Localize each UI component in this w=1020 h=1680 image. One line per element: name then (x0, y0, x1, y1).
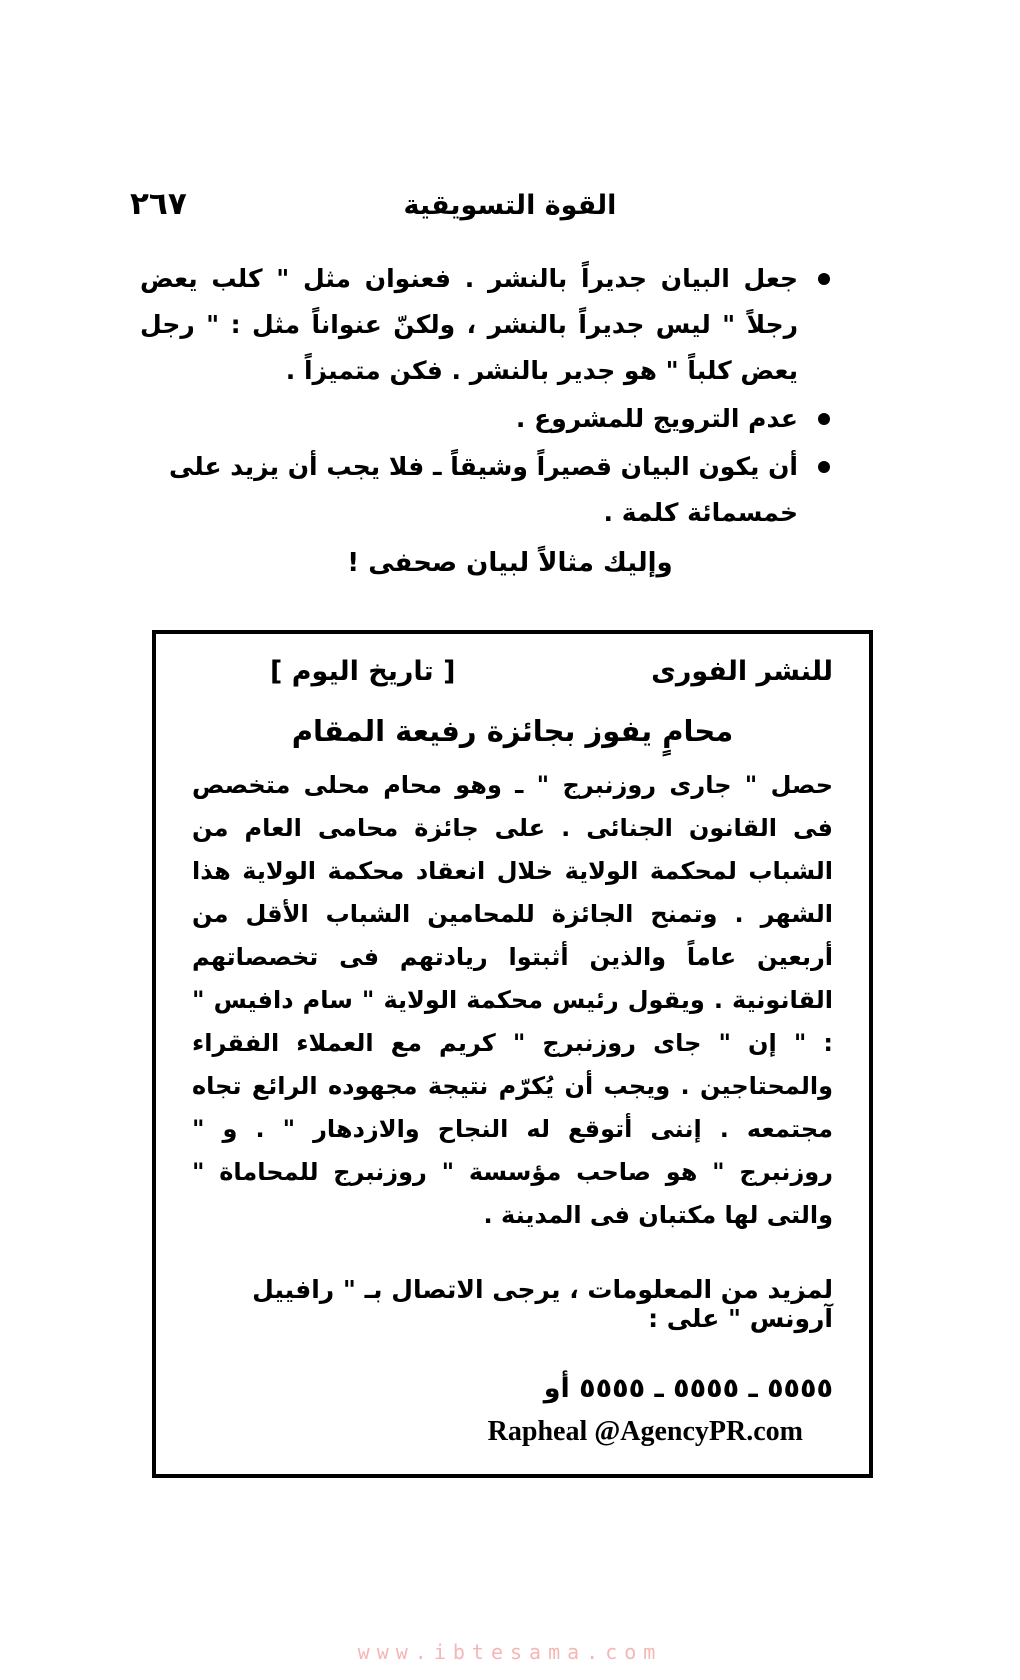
book-page: ٢٦٧ القوة التسويقية جعل البيان جديراً با… (0, 0, 1020, 1680)
bullet-marker-icon (818, 461, 830, 473)
bullet-item: جعل البيان جديراً بالنشر . فعنوان مثل " … (140, 256, 830, 394)
intro-line: وإليك مثالاً لبيان صحفى ! (0, 548, 1020, 578)
phone-number: ٥٥٥٥ ـ ٥٥٥٥ ـ ٥٥٥٥ أو (192, 1373, 833, 1404)
chapter-title: القوة التسويقية (0, 190, 1020, 221)
press-release-header: للنشر الفورى [ تاريخ اليوم ] (192, 656, 833, 698)
date-placeholder: [ تاريخ اليوم ] (270, 656, 455, 687)
contact-line: لمزيد من المعلومات ، يرجى الاتصال بـ " ر… (192, 1275, 833, 1333)
bullet-text: أن يكون البيان قصيراً وشيقاً ـ فلا يجب أ… (140, 444, 798, 536)
press-release-box: للنشر الفورى [ تاريخ اليوم ] محامٍ يفوز … (152, 630, 873, 1478)
bullet-marker-icon (818, 413, 830, 425)
bullet-item: عدم الترويج للمشروع . (140, 396, 830, 442)
bullet-item: أن يكون البيان قصيراً وشيقاً ـ فلا يجب أ… (140, 444, 830, 536)
press-headline: محامٍ يفوز بجائزة رفيعة المقام (192, 714, 833, 748)
bullet-text: جعل البيان جديراً بالنشر . فعنوان مثل " … (140, 256, 798, 394)
press-body-paragraph: حصل " جارى روزنبرج " ـ وهو محام محلى متخ… (192, 771, 833, 1014)
watermark: www.ibtesama.com (0, 1640, 1020, 1664)
press-body: حصل " جارى روزنبرج " ـ وهو محام محلى متخ… (192, 764, 833, 1237)
email-address: Rapheal @AgencyPR.com (192, 1416, 833, 1448)
bullet-text: عدم الترويج للمشروع . (140, 396, 798, 442)
bullet-marker-icon (818, 273, 830, 285)
bullet-list: جعل البيان جديراً بالنشر . فعنوان مثل " … (140, 256, 830, 536)
release-label: للنشر الفورى (651, 656, 833, 687)
